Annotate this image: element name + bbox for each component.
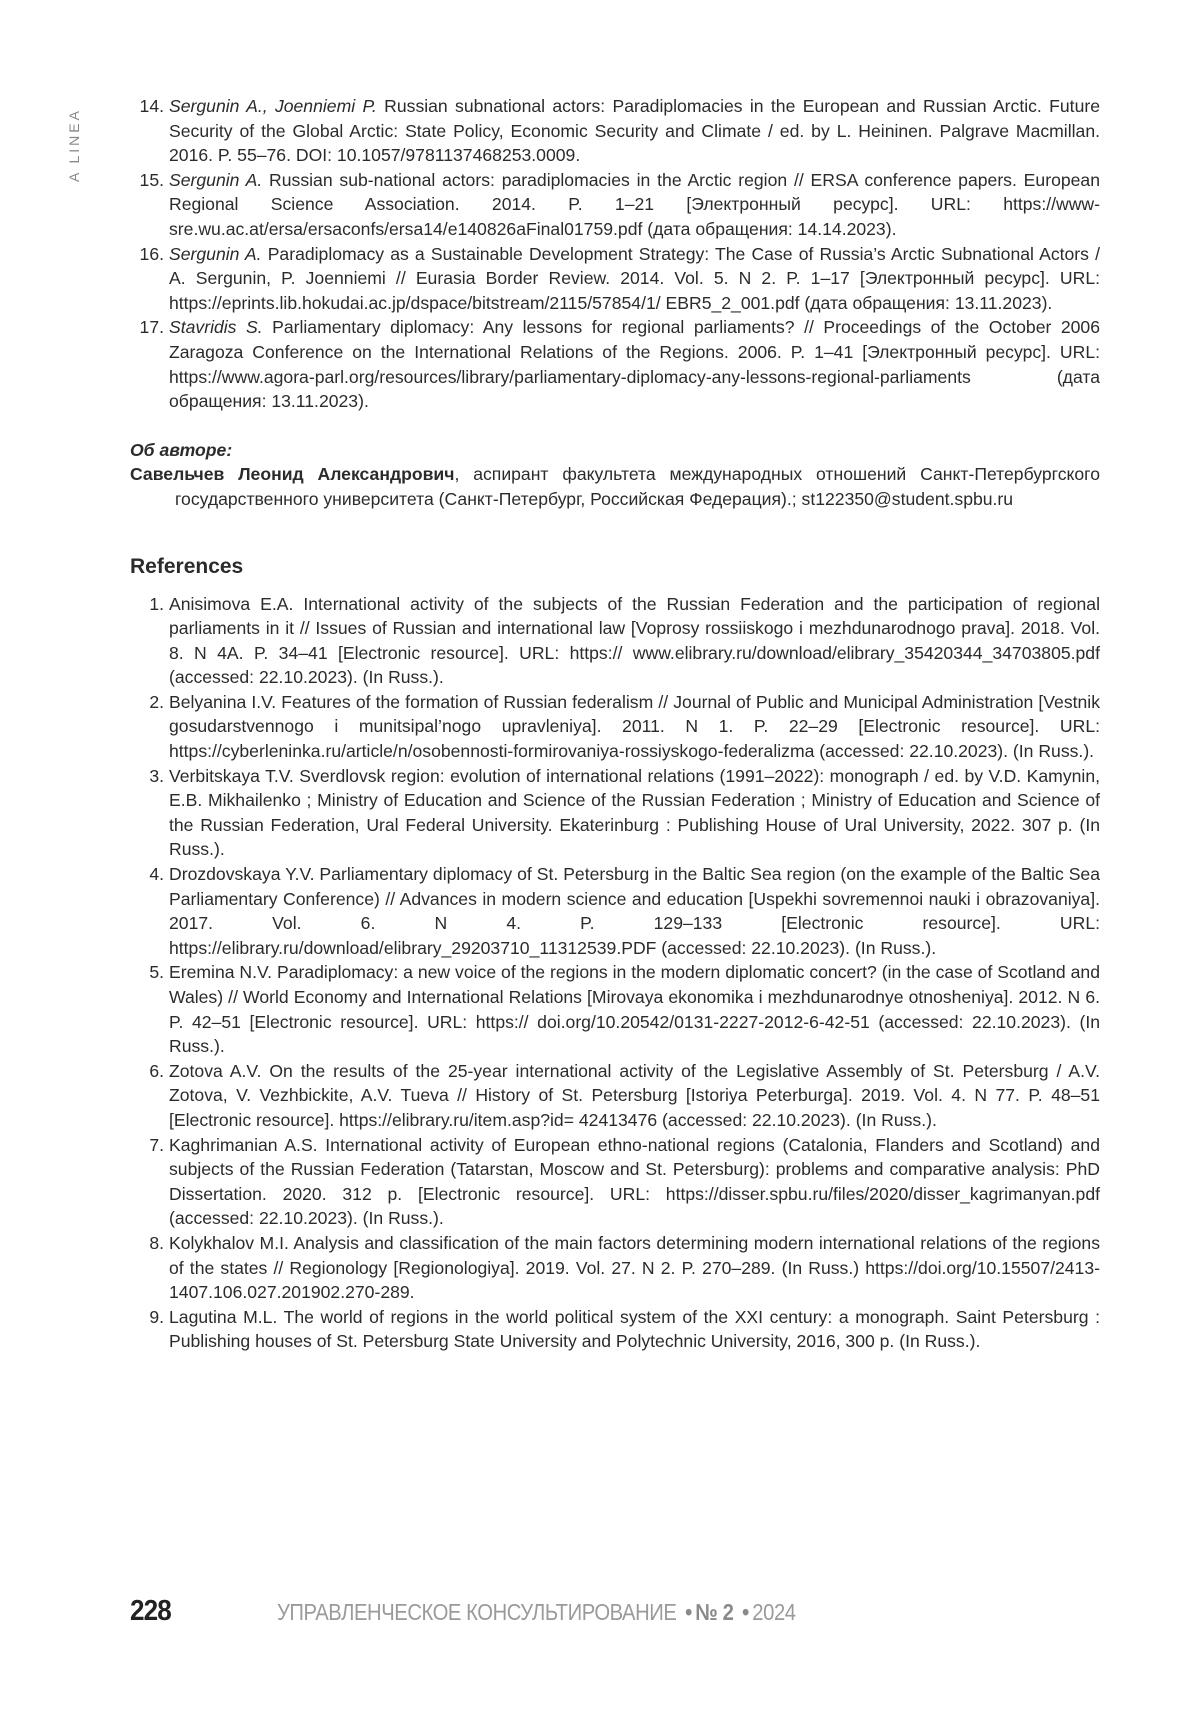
item-authors: Sergunin A. bbox=[169, 244, 262, 264]
separator-dot: • bbox=[682, 1599, 696, 1625]
reference-item: 6.Zotova A.V. On the results of the 25-y… bbox=[130, 1059, 1100, 1133]
item-number: 4. bbox=[130, 862, 164, 887]
item-authors: Sergunin A. bbox=[169, 170, 262, 190]
references-heading: References bbox=[130, 554, 1100, 580]
journal-name: УПРАВЛЕНЧЕСКОЕ КОНСУЛЬТИРОВАНИЕ bbox=[277, 1599, 676, 1625]
issue-number: № 2 bbox=[696, 1599, 734, 1625]
item-text: Verbitskaya T.V. Sverdlovsk region: evol… bbox=[169, 766, 1100, 860]
item-authors: Stavridis S. bbox=[169, 317, 263, 337]
reference-item: 8.Kolykhalov M.I. Analysis and classific… bbox=[130, 1231, 1100, 1305]
page-footer: 228 УПРАВЛЕНЧЕСКОЕ КОНСУЛЬТИРОВАНИЕ •№ 2… bbox=[130, 1595, 1130, 1635]
item-text: Paradiplomacy as a Sustainable Developme… bbox=[169, 244, 1100, 313]
separator-dot: • bbox=[739, 1599, 753, 1625]
reference-item: 3.Verbitskaya T.V. Sverdlovsk region: ev… bbox=[130, 764, 1100, 862]
item-text: Drozdovskaya Y.V. Parliamentary diplomac… bbox=[169, 864, 1100, 958]
page-content: 14.Sergunin A., Joenniemi P. Russian sub… bbox=[130, 94, 1100, 1354]
item-authors: Sergunin A., Joenniemi P. bbox=[169, 96, 377, 116]
item-number: 14. bbox=[118, 94, 164, 119]
item-text: Parliamentary diplomacy: Any lessons for… bbox=[169, 317, 1100, 411]
page-number: 228 bbox=[130, 1595, 171, 1628]
item-text: Zotova A.V. On the results of the 25-yea… bbox=[169, 1061, 1100, 1130]
item-text: Belyanina I.V. Features of the formation… bbox=[169, 692, 1100, 761]
about-author: Об авторе: Савельчев Леонид Александрови… bbox=[130, 438, 1100, 512]
references-list: 1.Anisimova E.A. International activity … bbox=[130, 592, 1100, 1354]
item-number: 17. bbox=[118, 315, 164, 340]
publication-year: 2024 bbox=[753, 1599, 796, 1625]
journal-info: УПРАВЛЕНЧЕСКОЕ КОНСУЛЬТИРОВАНИЕ •№ 2 •20… bbox=[277, 1599, 796, 1626]
about-author-heading: Об авторе: bbox=[130, 438, 1100, 463]
item-number: 8. bbox=[130, 1231, 164, 1256]
reference-item: 5.Eremina N.V. Paradiplomacy: a new voic… bbox=[130, 960, 1100, 1058]
reference-item: 4.Drozdovskaya Y.V. Parliamentary diplom… bbox=[130, 862, 1100, 960]
bibliography-item: 16.Sergunin A. Paradiplomacy as a Sustai… bbox=[130, 242, 1100, 316]
reference-item: 7.Kaghrimanian A.S. International activi… bbox=[130, 1133, 1100, 1231]
item-number: 6. bbox=[130, 1059, 164, 1084]
item-text: Russian sub-national actors: paradiploma… bbox=[169, 170, 1100, 239]
item-text: Anisimova E.A. International activity of… bbox=[169, 594, 1100, 688]
item-number: 9. bbox=[130, 1305, 164, 1330]
reference-item: 2.Belyanina I.V. Features of the formati… bbox=[130, 690, 1100, 764]
item-number: 1. bbox=[130, 592, 164, 617]
item-number: 5. bbox=[130, 960, 164, 985]
item-number: 15. bbox=[118, 168, 164, 193]
item-number: 2. bbox=[130, 690, 164, 715]
item-number: 16. bbox=[118, 242, 164, 267]
bibliography-item: 14.Sergunin A., Joenniemi P. Russian sub… bbox=[130, 94, 1100, 168]
item-text: Eremina N.V. Paradiplomacy: a new voice … bbox=[169, 962, 1100, 1056]
section-side-label: A LINEA bbox=[66, 102, 86, 182]
reference-item: 1.Anisimova E.A. International activity … bbox=[130, 592, 1100, 690]
bibliography-list-continued: 14.Sergunin A., Joenniemi P. Russian sub… bbox=[130, 94, 1100, 414]
author-name: Савельчев Леонид Александрович bbox=[130, 464, 454, 484]
item-text: Kaghrimanian A.S. International activity… bbox=[169, 1135, 1100, 1229]
item-number: 7. bbox=[130, 1133, 164, 1158]
about-author-text: Савельчев Леонид Александрович, аспирант… bbox=[130, 462, 1100, 511]
item-text: Kolykhalov M.I. Analysis and classificat… bbox=[169, 1233, 1100, 1302]
item-text: Lagutina M.L. The world of regions in th… bbox=[169, 1307, 1100, 1352]
item-number: 3. bbox=[130, 764, 164, 789]
reference-item: 9.Lagutina M.L. The world of regions in … bbox=[130, 1305, 1100, 1354]
bibliography-item: 17.Stavridis S. Parliamentary diplomacy:… bbox=[130, 315, 1100, 413]
bibliography-item: 15.Sergunin A. Russian sub-national acto… bbox=[130, 168, 1100, 242]
